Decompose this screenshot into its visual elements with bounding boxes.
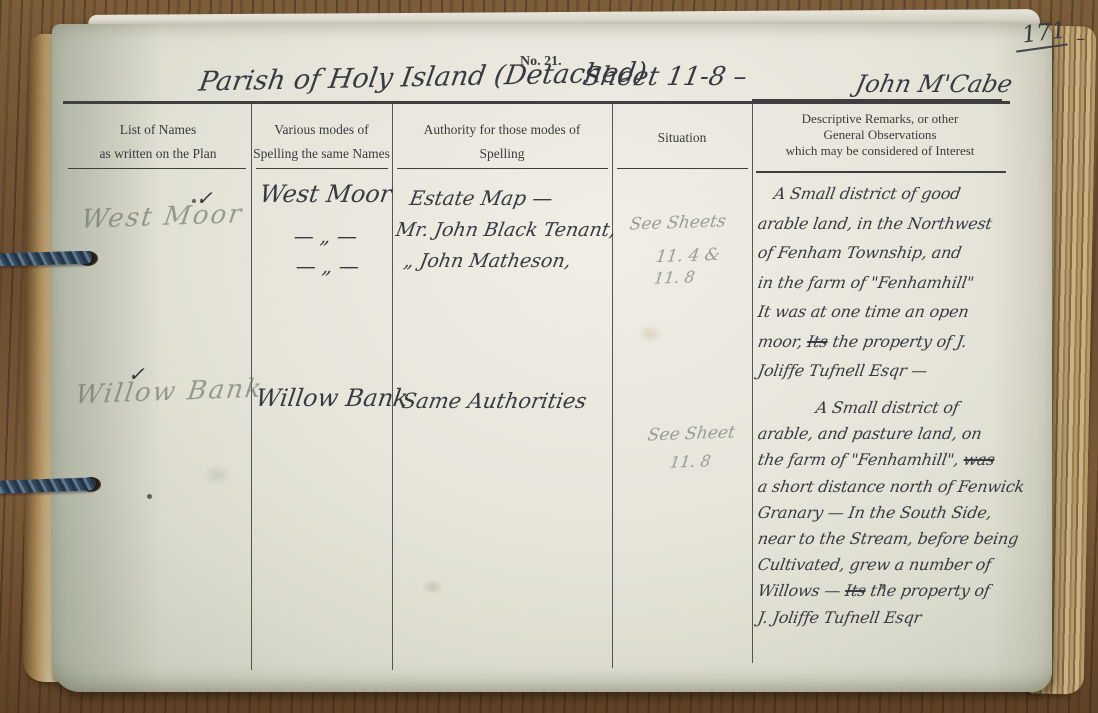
entry-authority-line: „ John Matheson, (402, 250, 573, 272)
stain (637, 324, 663, 344)
remark-text: J. Joliffe Tufnell Esqr (756, 608, 922, 627)
header-underline (756, 171, 1006, 173)
column-divider (752, 103, 753, 663)
remark-text: A Small district of (814, 398, 960, 417)
remark-text: A Small district of good (772, 184, 961, 203)
remark-text: Cultivated, grew a number of (756, 555, 992, 574)
entry-situation-line: See Sheet (646, 422, 736, 445)
entry-remark-line: Joliffe Tufnell Esqr — (756, 361, 928, 380)
binding-cord (0, 251, 92, 267)
header-underline (397, 168, 608, 169)
entry-remark-line: near to the Stream, before being (756, 529, 1019, 548)
entry-situation-line: 11. 8 (669, 451, 713, 471)
stain (202, 464, 232, 486)
entry-checkmark: ✓ (128, 362, 145, 386)
entry-remark-line: the farm of "Fenhamhill", was (756, 450, 996, 469)
entry-authority-line: Mr. John Black Tenant, (394, 219, 617, 241)
entry-remark-line: J. Joliffe Tufnell Esqr (756, 608, 922, 627)
remark-text: near to the Stream, before being (756, 529, 1019, 548)
column-header-line: Authority for those modes of (392, 118, 612, 142)
surveyor-signature: John M'Cabe (853, 70, 1015, 98)
entry-remark-line: arable land, in the Northwest (756, 214, 993, 233)
entry-remark-line: a short distance north of Fenwick (756, 477, 1025, 496)
entry-remark-line: Willows — Its the property of (756, 581, 991, 600)
entry-situation-line: 11. 4 & (654, 245, 721, 267)
remark-text: of Fenham Township, and (756, 243, 962, 262)
column-header-line: Descriptive Remarks, or other (752, 111, 1008, 127)
entry-situation-line: 11. 8 (653, 267, 697, 287)
sheet-label: Sheet 11-8 – (580, 62, 749, 92)
entry-remark-line: Granary — In the South Side, (756, 503, 993, 522)
name-book-photograph: 171 – No. 21. Parish of Holy Island (Det… (0, 0, 1098, 713)
column-header-line: Spelling (392, 142, 612, 166)
column-header-situation: Situation (612, 130, 752, 146)
entry-spelling-line: Willow Bank (254, 384, 410, 412)
remark-text: the property of J. (826, 332, 968, 351)
remark-text: Joliffe Tufnell Esqr — (756, 361, 928, 380)
header-underline (617, 168, 748, 169)
remark-text: a short distance north of Fenwick (756, 477, 1025, 496)
table-top-rule (63, 101, 1010, 104)
entry-spelling-line: — „ — (294, 254, 360, 278)
header-underline (68, 168, 246, 169)
entry-situation-line: See Sheets (628, 211, 727, 234)
entry-remark-line: in the farm of "Fenhamhill" (756, 273, 975, 292)
column-header-line: List of Names (65, 118, 251, 142)
remark-text: Willows — (756, 581, 846, 600)
entry-name-on-plan: West Moor (79, 199, 245, 235)
entry-checkmark: ✓ (196, 186, 213, 210)
remark-text: the farm of "Fenhamhill", (756, 450, 965, 469)
entry-spelling-line: — „ — (292, 224, 358, 248)
entry-remark-line: A Small district of good (772, 184, 961, 203)
column-header-line: as written on the Plan (65, 142, 251, 166)
remark-text: arable land, in the Northwest (756, 214, 993, 233)
column-header-spelling-modes: Various modes of Spelling the same Names (251, 118, 392, 166)
struck-word: was (962, 450, 996, 469)
column-header-line: Various modes of (251, 118, 392, 142)
column-divider (612, 103, 613, 668)
entry-authority-line: Estate Map — (408, 186, 555, 210)
entry-remark-line: moor, Its the property of J. (756, 332, 968, 351)
remark-text: the property of (864, 581, 991, 600)
header-underline (256, 168, 388, 169)
remark-text: moor, (756, 332, 808, 351)
entry-spelling-line: West Moor (258, 180, 393, 208)
entry-remark-line: arable, and pasture land, on (756, 424, 983, 443)
stain (422, 579, 444, 595)
remark-text: It was at one time an open (756, 302, 970, 321)
column-header-line: Situation (612, 130, 752, 146)
entry-remark-line: It was at one time an open (756, 302, 970, 321)
column-header-line: which may be considered of Interest (752, 143, 1008, 159)
remark-text: in the farm of "Fenhamhill" (756, 273, 975, 292)
entry-remark-line: A Small district of (814, 398, 960, 417)
page-number-dash: – (1076, 28, 1085, 49)
speck (147, 494, 152, 499)
entry-authority-line: Same Authorities (400, 389, 589, 413)
column-header-line: General Observations (752, 127, 1008, 143)
column-header-remarks: Descriptive Remarks, or other General Ob… (752, 111, 1008, 159)
remark-text: arable, and pasture land, on (756, 424, 983, 443)
column-header-authority: Authority for those modes of Spelling (392, 118, 612, 166)
entry-remark-line: Cultivated, grew a number of (756, 555, 992, 574)
entry-remark-line: of Fenham Township, and (756, 243, 962, 262)
remark-text: Granary — In the South Side, (756, 503, 993, 522)
column-header-line: Spelling the same Names (251, 142, 392, 166)
column-header-names: List of Names as written on the Plan (65, 118, 251, 166)
